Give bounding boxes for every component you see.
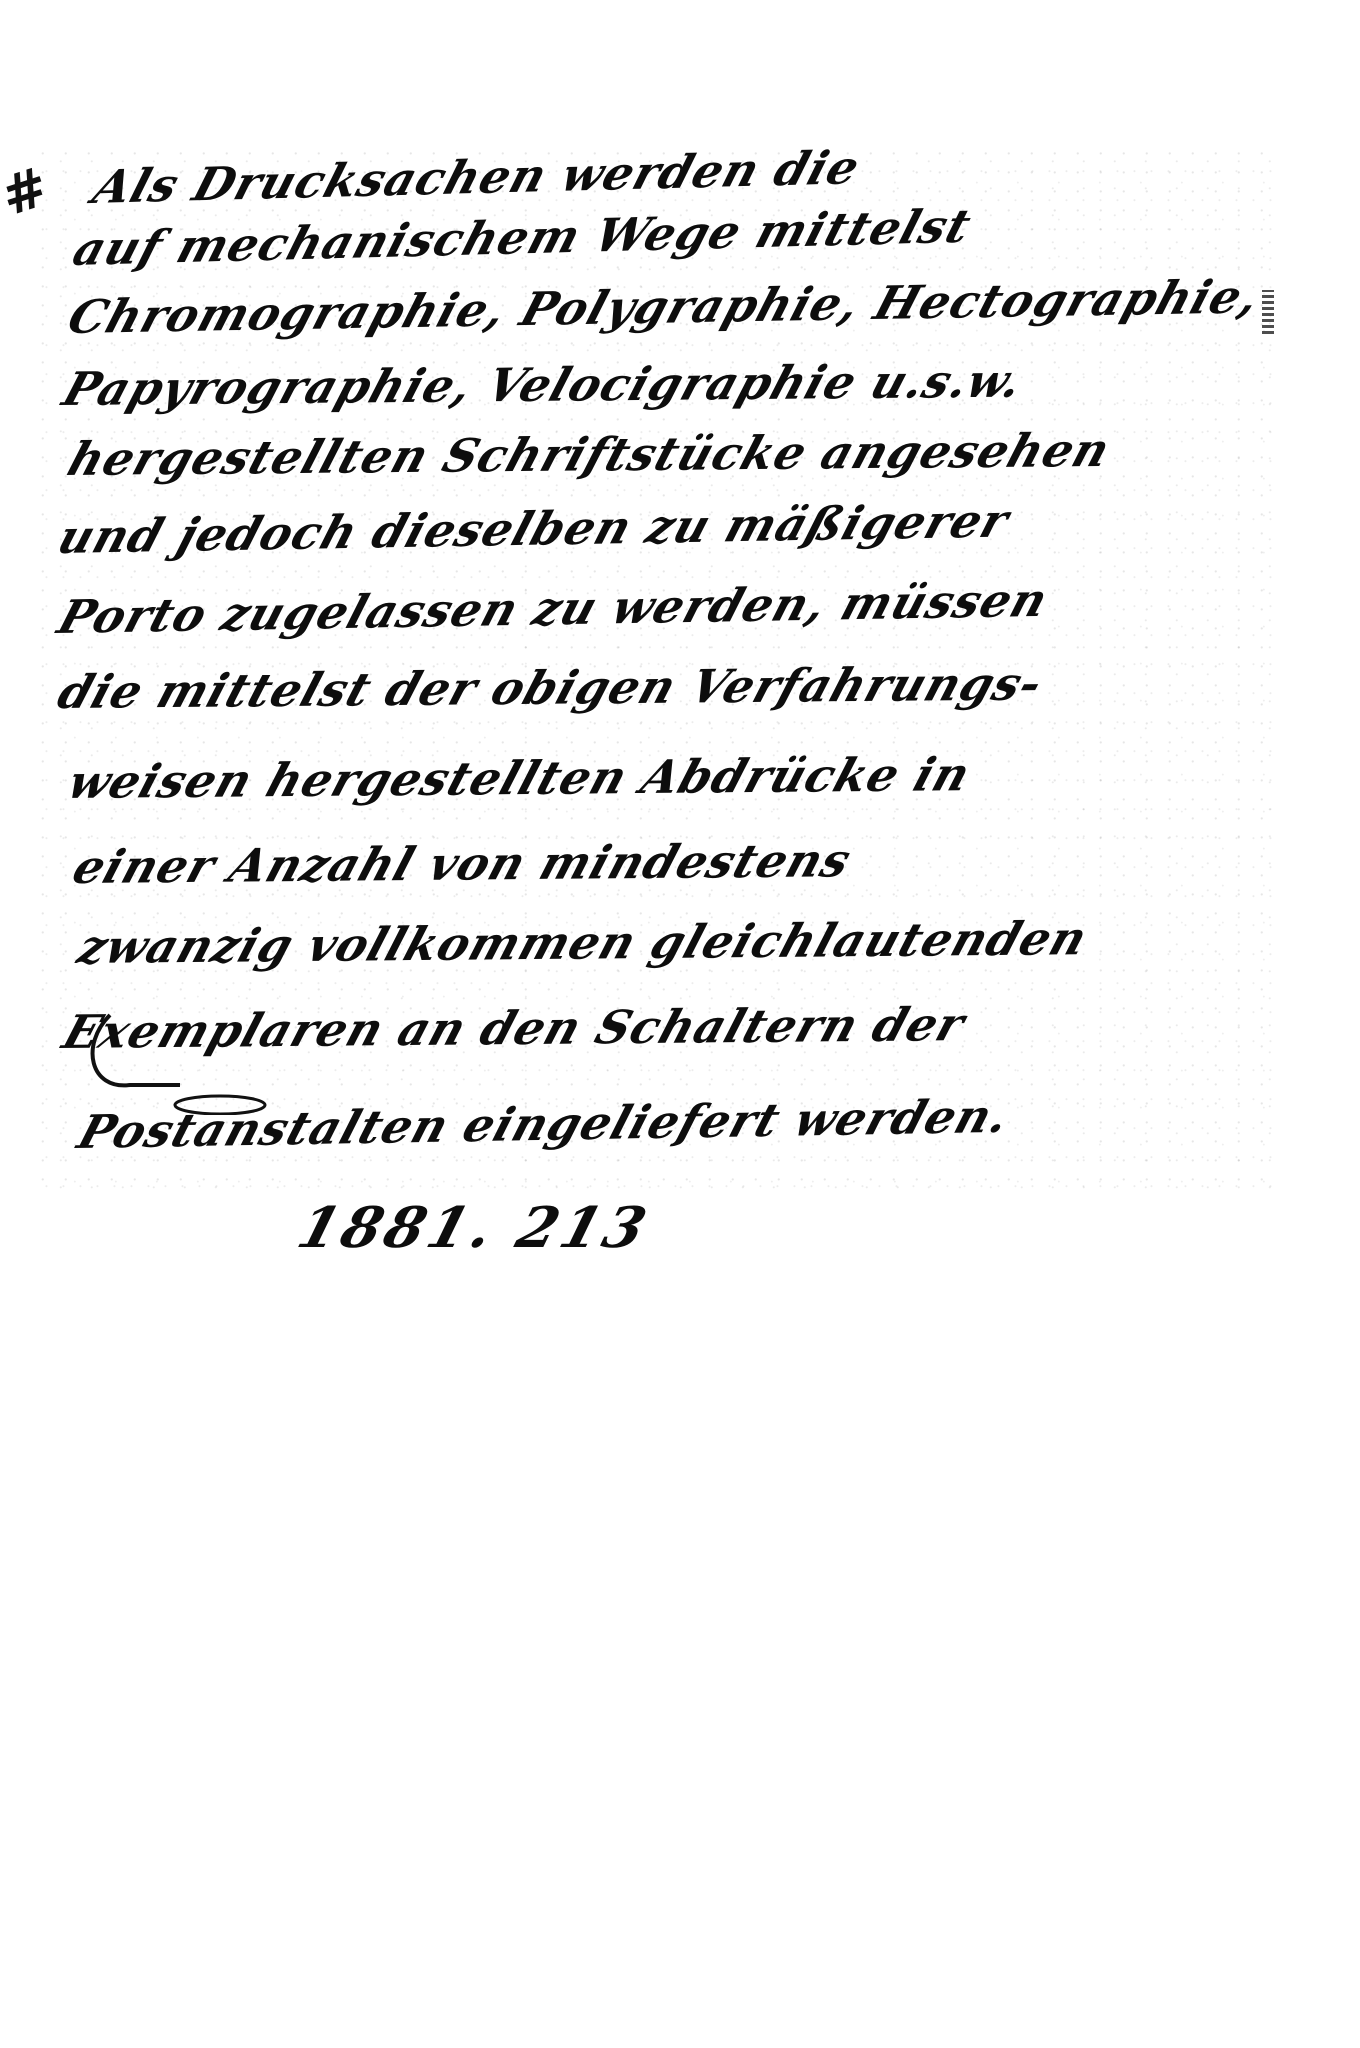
manuscript-line: Papyrographie, Velocigraphie u.s.w. bbox=[56, 354, 1030, 416]
manuscript-line: einer Anzahl von mindestens bbox=[66, 833, 858, 894]
manuscript-line: die mittelst der obigen Verfahrungs- bbox=[51, 656, 1049, 719]
manuscript-line: zwanzig vollkommen gleichlautenden bbox=[71, 911, 1094, 974]
document-page: # Als Drucksachen werden die auf mechani… bbox=[0, 0, 1360, 2048]
scan-edge-mark bbox=[1262, 290, 1274, 334]
document-reference: 1881. 213 bbox=[291, 1195, 658, 1261]
ink-flourish-icon bbox=[70, 1005, 270, 1115]
manuscript-line: weisen hergestellten Abdrücke in bbox=[61, 747, 977, 809]
manuscript-line: hergestellten Schriftstücke angesehen bbox=[61, 423, 1117, 486]
